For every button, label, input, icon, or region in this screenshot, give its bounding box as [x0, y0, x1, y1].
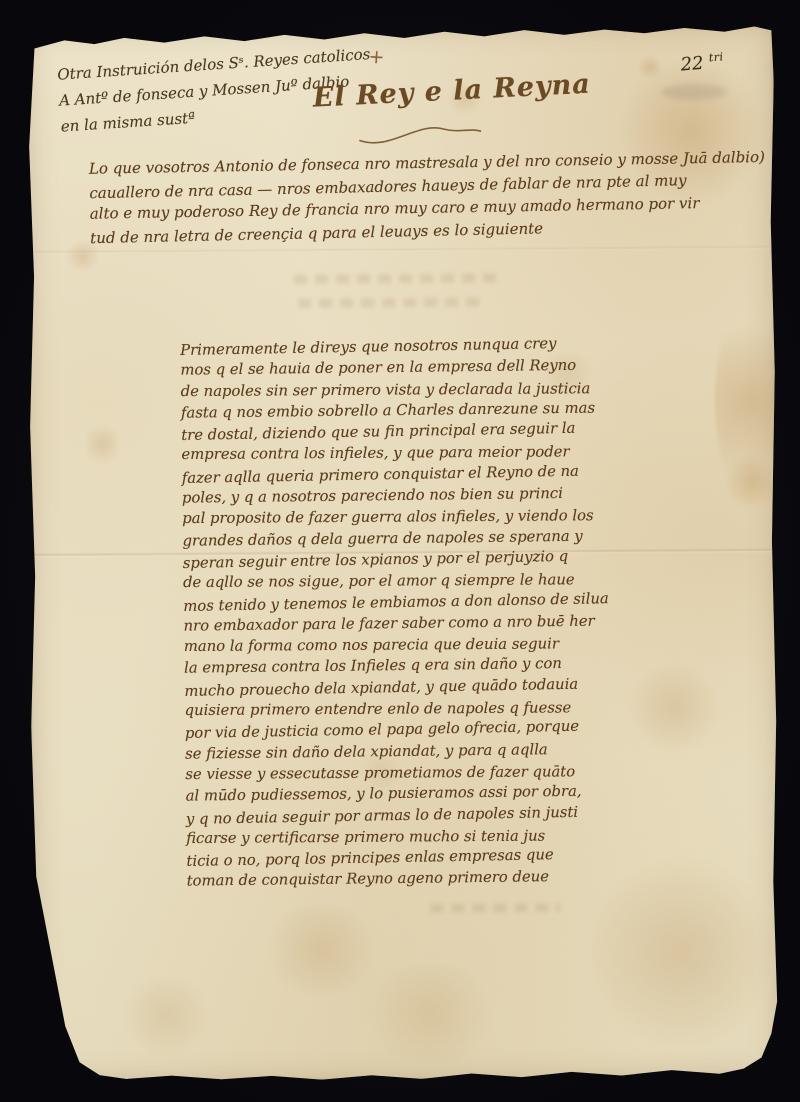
invocation-cross-mark: + — [368, 46, 385, 69]
manuscript-page: Otra Instruición delos Sˢ. Reyes catolic… — [24, 21, 781, 1084]
body-line: mos q el se hauia de poner en la empresa… — [180, 355, 606, 381]
address-paragraph: Lo que vosotros Antonio de fonseca nro m… — [89, 146, 767, 248]
foxing-stain — [637, 56, 663, 78]
folio-number-suffix: tri — [708, 50, 724, 64]
folio-number-value: 22 — [680, 53, 704, 76]
ink-showthrough — [298, 297, 483, 307]
folio-number: 22 tri — [680, 50, 725, 75]
foxing-stain — [727, 451, 775, 511]
instruction-body: Primeramente le direys que nosotros nunq… — [180, 333, 612, 892]
ink-showthrough — [294, 273, 499, 283]
heading-flourish — [355, 117, 486, 148]
foxing-stain — [629, 662, 720, 753]
photograph-background: Otra Instruición delos Sˢ. Reyes catolic… — [0, 0, 800, 1102]
ink-showthrough — [430, 903, 560, 913]
foxing-stain — [121, 975, 212, 1056]
foxing-stain — [590, 851, 771, 1052]
body-line: toman de conquistar Reyno ageno primero … — [187, 866, 613, 892]
foxing-stain — [260, 904, 381, 995]
foxing-stain — [87, 421, 117, 467]
foxing-stain — [361, 963, 502, 1064]
